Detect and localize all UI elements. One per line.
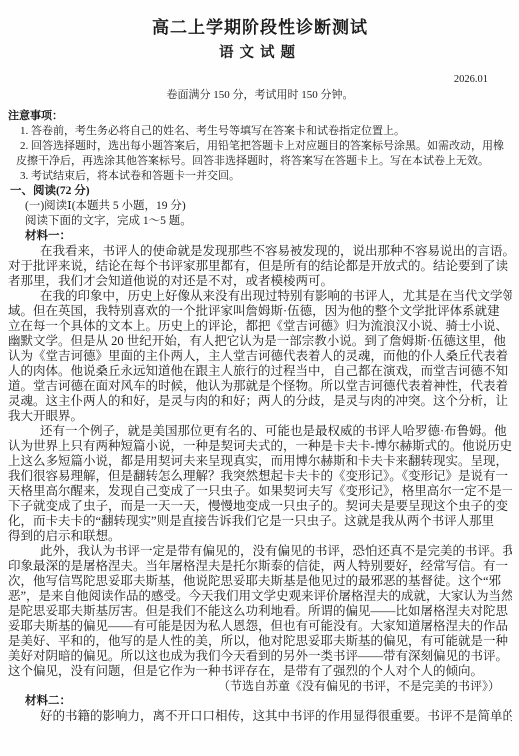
page-subtitle: 语文试题 — [8, 42, 512, 65]
material1-line: 恶”，是来自他阅读作品的感受。今天我们用文学史观来评价屠格涅夫的成就，大家认为当… — [8, 589, 512, 604]
material1-line: 立在每一个具体的文本上。历史上的评论，都把《堂吉诃德》归为流浪汉小说、骑士小说、 — [8, 319, 512, 334]
exam-paper-page: 高二上学期阶段性诊断测试 语文试题 2026.01 卷面满分 150 分，考试用… — [0, 0, 519, 756]
material1-line: 还有一个例子，就是美国那位更有名的、可能也是最权威的书评人哈罗德·布鲁姆。他 — [8, 424, 512, 439]
material1-line: 天格里高尔醒来，发现自己变成了一只虫子。如果契诃夫写《变形记》，格里高尔一定不是… — [8, 484, 512, 499]
material1-line: 印象最深的是屠格涅夫。当年屠格涅夫是托尔斯泰的信徒，两人特别要好，经常写信。有一 — [8, 559, 512, 574]
notice-item: 1. 答卷前，考生务必将自己的姓名、考生号等填写在答案卡和试卷指定位置上。 — [8, 124, 512, 139]
material1-line: 认为世界上只有两种短篇小说，一种是契诃夫式的，一种是卡夫卡-博尔赫斯式的。他说历… — [8, 439, 512, 454]
section-heading: 一、阅读(72 分) — [8, 184, 512, 199]
material1-line: 妥耶夫斯基的偏见——有可能是因为私人恩怨，但也有可能没有。大家知道屠格涅夫的作品 — [8, 619, 512, 634]
material1-line: 认为《堂吉诃德》里面的主仆两人，主人堂吉诃德代表着人的灵魂，而他的仆人桑丘代表着 — [8, 349, 512, 364]
exam-date: 2026.01 — [8, 73, 512, 87]
material1-line: 者那里，我们才会知道他说的对还是不对，或者模棱两可。 — [8, 274, 512, 289]
material1-line: 此外，我认为书评一定是带有偏见的，没有偏见的书评，恐怕还真不是完美的书评。我 — [8, 544, 512, 559]
material1-line: 道。堂吉诃德在面对风车的时候，他认为那就是个怪物。所以堂吉诃德代表着神性，代表着 — [8, 379, 512, 394]
material1-attribution: （节选自苏童《没有偏见的书评，不是完美的书评》） — [8, 679, 512, 694]
material1-line: 上这么多短篇小说，都是用契诃夫来呈现真实，而用博尔赫斯和卡夫卡来翻转现实。呈现， — [8, 454, 512, 469]
notice-item: 2. 回答选择题时，选出每小题答案后，用铅笔把答题卡上对应题目的答案标号涂黑。如… — [8, 139, 512, 154]
material1-line: 人的肉体。他说桑丘永远知道他在跟主人旅行的过程当中，自己都在演戏，而堂吉诃德不知 — [8, 364, 512, 379]
material1-label: 材料一： — [8, 229, 512, 244]
material1-line: 对于批评来说，结论在每个书评家那里都有，但是所有的结论都是开放式的。结论要到了读 — [8, 259, 512, 274]
material1-line: 次，他写信骂陀思妥耶夫斯基，他说陀思妥耶夫斯基是他见过的最邪恶的基督徒。这个“邪 — [8, 574, 512, 589]
material1-line: 我们很容易理解，但是翻转怎么理解？我突然想起卡夫卡的《变形记》。《变形记》是说有… — [8, 469, 512, 484]
part-heading: (一)阅读Ⅰ(本题共 5 小题，19 分) — [8, 199, 512, 214]
material1-line: 下子就变成了虫子，而是一天一天，慢慢地变成一只虫子的。契诃夫是要呈现这个虫子的变 — [8, 499, 512, 514]
material1-line: 这个偏见，没有问题，但是它作为一种书评存在，是带有了强烈的个人对个人的倾向。 — [8, 664, 512, 679]
material1-line: 化，而卡夫卡的“翻转现实”则是直接告诉我们它是一只虫子。这就是我从两个书评人那里 — [8, 514, 512, 529]
material1-line: 我大开眼界。 — [8, 409, 512, 424]
material1-line: 是陀思妥耶夫斯基厉害。但是我们不能这么功利地看。所谓的偏见——比如屠格涅夫对陀思 — [8, 604, 512, 619]
exam-meta: 卷面满分 150 分，考试用时 150 分钟。 — [8, 88, 512, 103]
material1-line: 在我的印象中，历史上好像从来没有出现过特别有影响的书评人，尤其是在当代文学领 — [8, 289, 512, 304]
notice-item-continuation: 皮擦干净后，再选涂其他答案标号。回答非选择题时，将答案写在答题卡上。写在本试卷上… — [8, 154, 512, 169]
material1-line: 是美好、平和的，他写的是人性的美，所以，他对陀思妥耶夫斯基的偏见，有可能就是一种 — [8, 634, 512, 649]
page-title: 高二上学期阶段性诊断测试 — [8, 16, 512, 39]
material1-line: 得到的启示和联想。 — [8, 529, 512, 544]
material1-line: 美好对阴暗的偏见。所以这也成为我们今天看到的另外一类书评——带有深刻偏见的书评。 — [8, 649, 512, 664]
material2-label: 材料二： — [8, 694, 512, 709]
material2-line: 好的书籍的影响力，离不开口口相传，这其中书评的作用显得很重要。书评不是简单的 — [8, 709, 512, 724]
material1-line: 在我看来，书评人的使命就是发现那些不容易被发现的，说出那种不容易说出的言语。 — [8, 244, 512, 259]
material1-line: 幽默文学。但是从 20 世纪开始，有人把它认为是一部宗教小说。到了詹姆斯·伍德这… — [8, 334, 512, 349]
material1-line: 域。但在英国，我特别喜欢的一个批评家叫詹姆斯·伍德，因为他的整个文学批评体系就建 — [8, 304, 512, 319]
material1-line: 灵魂。这主仆两人的和好，是灵与肉的和好；两人的分歧，是灵与肉的冲突。这个分析，让 — [8, 394, 512, 409]
notice-heading: 注意事项： — [8, 109, 512, 124]
notice-item: 3. 考试结束后，将本试卷和答题卡一并交回。 — [8, 169, 512, 184]
reading-instruction: 阅读下面的文字，完成 1～5 题。 — [8, 214, 512, 229]
